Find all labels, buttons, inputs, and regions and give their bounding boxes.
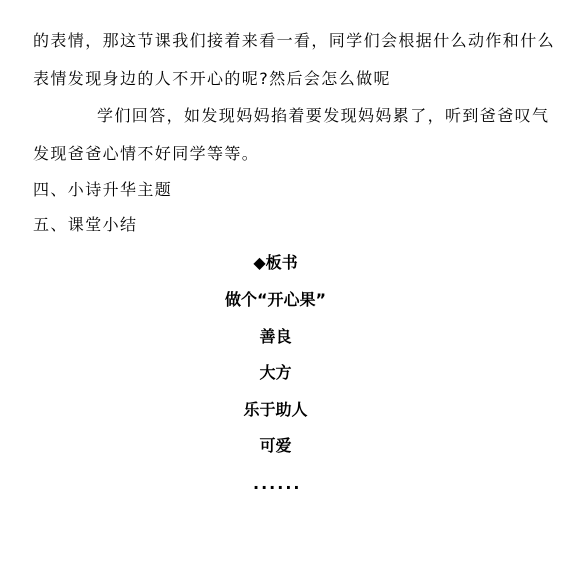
- section-heading-5: 五、课堂小结: [33, 215, 137, 235]
- blackboard-ellipsis: ······: [253, 478, 301, 497]
- blackboard-heading: ◆板书: [0, 253, 551, 273]
- document-page: 的表情，那这节课我们接着来看一看，同学们会根据什么动作和什么 表情发现身边的人不…: [0, 0, 579, 577]
- paragraph-line-2: 表情发现身边的人不开心的呢?然后会怎么做呢: [33, 69, 391, 89]
- blackboard-item-helpful: 乐于助人: [0, 400, 551, 420]
- blackboard-item-generous: 大方: [0, 363, 551, 383]
- blackboard-item-kind: 善良: [0, 327, 551, 347]
- section-heading-4: 四、小诗升华主题: [33, 180, 172, 200]
- paragraph-line-1: 的表情，那这节课我们接着来看一看，同学们会根据什么动作和什么: [33, 31, 555, 51]
- paragraph-line-4: 发现爸爸心情不好同学等等。: [33, 144, 259, 164]
- blackboard-item-cute: 可爱: [0, 436, 551, 456]
- paragraph-line-3: 学们回答，如发现妈妈掐着要发现妈妈累了，听到爸爸叹气: [97, 106, 549, 126]
- blackboard-title: 做个“开心果”: [0, 290, 551, 310]
